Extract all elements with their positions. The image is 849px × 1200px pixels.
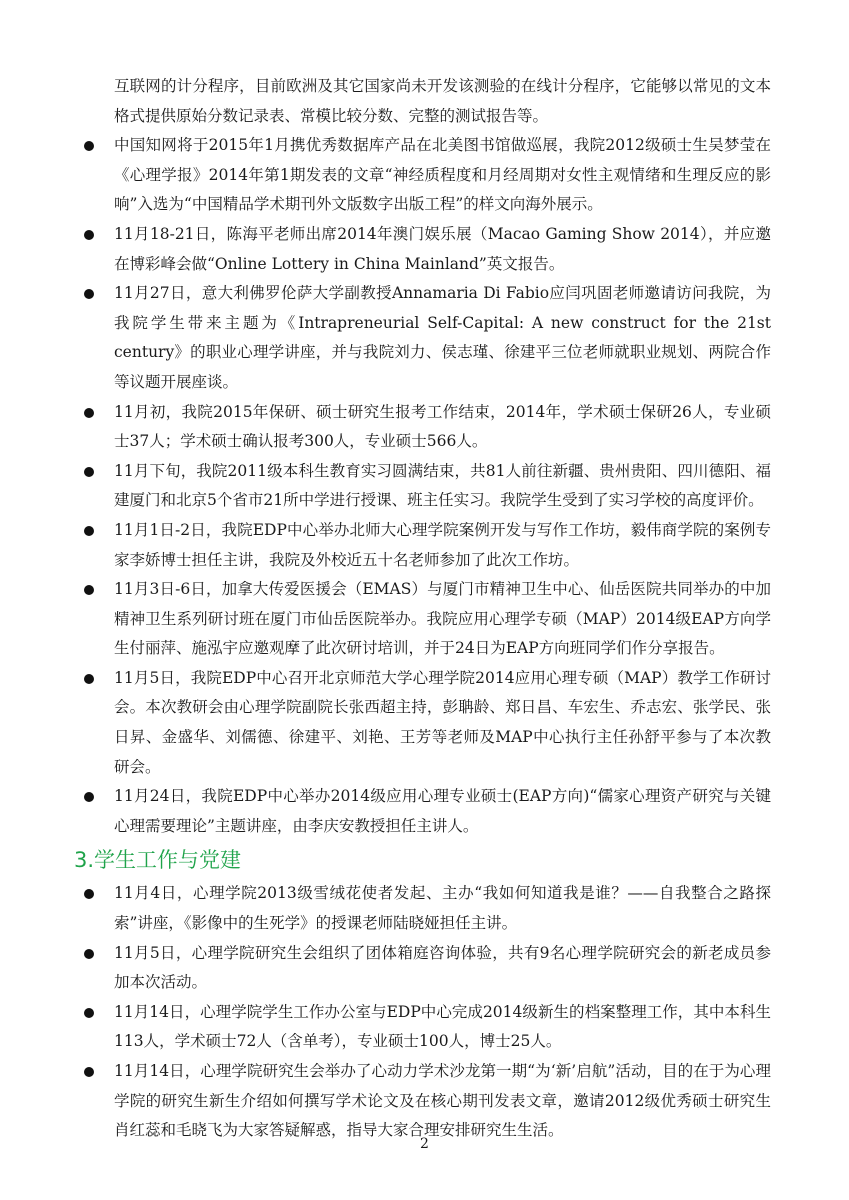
document-page: 互联网的计分程序，目前欧洲及其它国家尚未开发该测验的在线计分程序，它能够以常见的… xyxy=(0,0,849,1200)
bullet-icon xyxy=(84,585,94,595)
bullet-icon xyxy=(84,230,94,240)
bullet-icon xyxy=(84,1067,94,1077)
list-item: 11月27日，意大利佛罗伦萨大学副教授Annamaria Di Fabio应闫巩… xyxy=(86,279,771,397)
page-number: 2 xyxy=(0,1136,849,1152)
bullet-icon xyxy=(84,467,94,477)
list-item: 11月初，我院2015年保研、硕士研究生报考工作结束，2014年，学术硕士保研2… xyxy=(86,398,771,457)
list-item: 11月14日，心理学院学生工作办公室与EDP中心完成2014级新生的档案整理工作… xyxy=(86,998,771,1057)
bullet-icon xyxy=(84,141,94,151)
bullet-icon xyxy=(84,408,94,418)
page-content: 互联网的计分程序，目前欧洲及其它国家尚未开发该测验的在线计分程序，它能够以常见的… xyxy=(86,72,771,1146)
list-item: 11月18-21日，陈海平老师出席2014年澳门娱乐展（Macao Gaming… xyxy=(86,220,771,279)
list-item: 11月3日-6日，加拿大传爱医援会（EMAS）与厦门市精神卫生中心、仙岳医院共同… xyxy=(86,575,771,664)
bullet-icon xyxy=(84,792,94,802)
bullet-icon xyxy=(84,674,94,684)
continued-paragraph: 互联网的计分程序，目前欧洲及其它国家尚未开发该测验的在线计分程序，它能够以常见的… xyxy=(86,72,771,131)
section-heading: 3.学生工作与党建 xyxy=(74,843,771,877)
list-item: 11月24日，我院EDP中心举办2014级应用心理专业硕士(EAP方向)“儒家心… xyxy=(86,782,771,841)
bullet-icon xyxy=(84,949,94,959)
list-item: 11月5日，心理学院研究生会组织了团体箱庭咨询体验，共有9名心理学院研究会的新老… xyxy=(86,939,771,998)
list-item: 11月5日，我院EDP中心召开北京师范大学心理学院2014应用心理专硕（MAP）… xyxy=(86,664,771,782)
list-item: 11月下旬，我院2011级本科生教育实习圆满结束，共81人前往新疆、贵州贵阳、四… xyxy=(86,457,771,516)
news-list-section-3: 11月4日，心理学院2013级雪绒花使者发起、主办“我如何知道我是谁？——自我整… xyxy=(86,879,771,1145)
bullet-icon xyxy=(84,289,94,299)
news-list-section-2: 中国知网将于2015年1月携优秀数据库产品在北美图书馆做巡展，我院2012级硕士… xyxy=(86,131,771,841)
bullet-icon xyxy=(84,526,94,536)
list-item: 11月14日，心理学院研究生会举办了心动力学术沙龙第一期“为‘新’启航”活动，目… xyxy=(86,1057,771,1146)
list-item: 中国知网将于2015年1月携优秀数据库产品在北美图书馆做巡展，我院2012级硕士… xyxy=(86,131,771,220)
bullet-icon xyxy=(84,889,94,899)
list-item: 11月4日，心理学院2013级雪绒花使者发起、主办“我如何知道我是谁？——自我整… xyxy=(86,879,771,938)
bullet-icon xyxy=(84,1008,94,1018)
list-item: 11月1日-2日，我院EDP中心举办北师大心理学院案例开发与写作工作坊，毅伟商学… xyxy=(86,516,771,575)
